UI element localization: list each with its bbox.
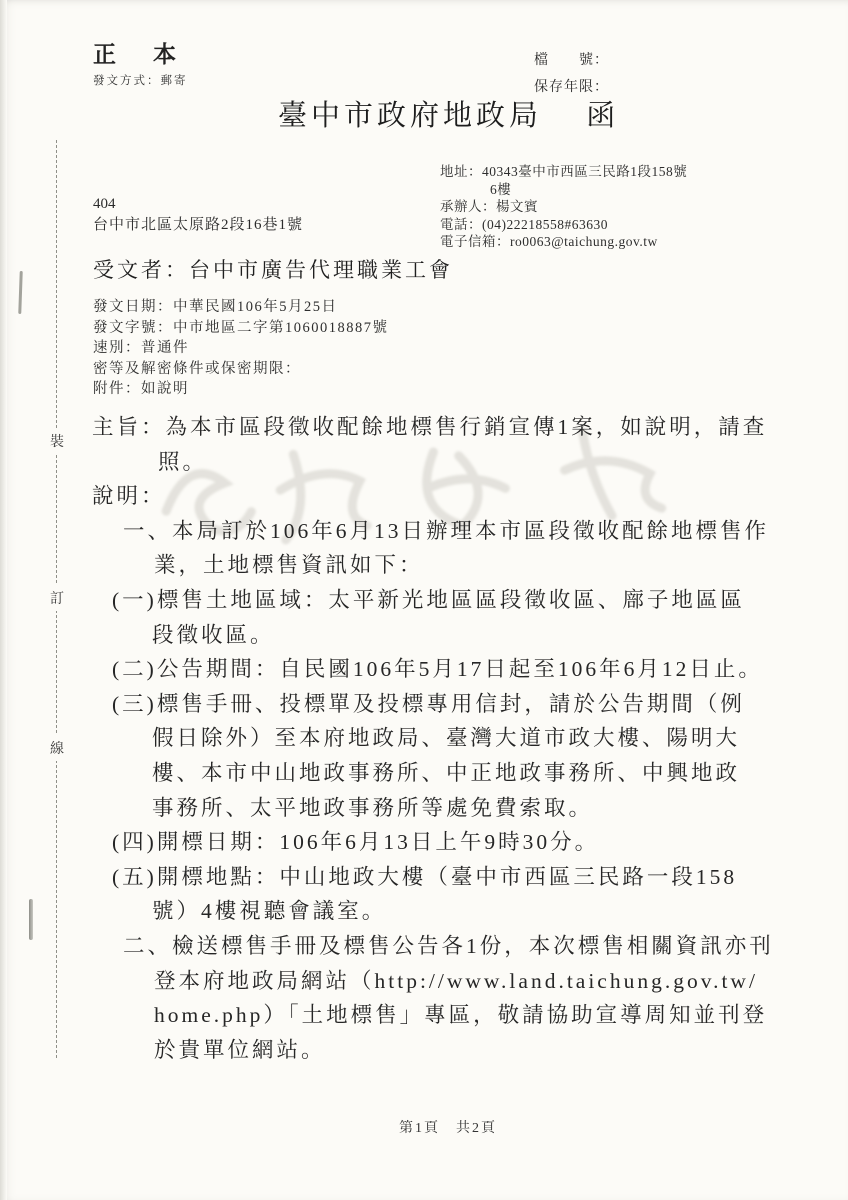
subitem1-line-cont: 段徵收區。 (92, 618, 817, 653)
binding-margin-line: 裝 訂 線 (56, 140, 57, 1058)
binding-mark-xian: 線 (48, 735, 66, 761)
sender-address-line1: 地址：40343臺中市西區三民路1段158號 (440, 163, 687, 181)
copy-type-label: 正 本 (93, 36, 183, 69)
delivery-method-label: 發文方式：郵寄 (93, 72, 188, 88)
recipient-zip: 404 (93, 196, 116, 213)
item2-line: 二、檢送標售手冊及標售公告各1份，本次標售相關資訊亦刊 (92, 929, 817, 964)
binding-mark-zhuang: 裝 (48, 428, 66, 454)
sender-address-line2: 6樓 (440, 181, 687, 199)
subitem3-line-cont3: 事務所、太平地政事務所等處免費索取。 (92, 791, 817, 826)
security-class: 密等及解密條件或保密期限： (93, 359, 389, 380)
speed-class: 速別：普通件 (93, 338, 389, 359)
scanned-document-page: 正 本 發文方式：郵寄 檔 號： 保存年限： 臺中市政府地政局 函 地址：403… (0, 0, 848, 1200)
sender-email: 電子信箱：ro0063@taichung.gov.tw (440, 233, 687, 251)
subitem3-line-cont1: 假日除外）至本府地政局、臺灣大道市政大樓、陽明大 (92, 721, 817, 756)
document-meta-block: 發文日期：中華民國106年5月25日 發文字號：中市地區二字第106001888… (93, 297, 389, 400)
subitem5-line-cont: 號）4樓視聽會議室。 (92, 894, 817, 929)
recipient-line: 受文者：台中市廣告代理職業工會 (93, 254, 453, 284)
subitem3-line: (三)標售手冊、投標單及投標專用信封，請於公告期間（例 (92, 687, 817, 722)
subitem3-line-cont2: 樓、本市中山地政事務所、中正地政事務所、中興地政 (92, 756, 817, 791)
explanation-label: 說明： (92, 479, 817, 514)
scan-artifact-mark (18, 271, 22, 314)
document-number: 發文字號：中市地區二字第1060018887號 (93, 318, 389, 339)
file-number-label: 檔 號： (534, 49, 609, 69)
item1-line-cont: 業，土地標售資訊如下： (92, 548, 817, 583)
sender-contact-person: 承辦人：楊文賓 (440, 198, 687, 216)
item2-line-cont3: 於貴單位網站。 (92, 1033, 817, 1068)
item2-line-cont2: home.php）「土地標售」專區，敬請協助宣導周知並刊登 (92, 998, 817, 1033)
document-body: 主旨：為本市區段徵收配餘地標售行銷宣傳1案，如說明，請查 照。 說明： 一、本局… (92, 410, 817, 1067)
sender-phone: 電話：(04)22218558#63630 (440, 216, 687, 234)
page-number-footer: 第1頁 共2頁 (24, 1117, 848, 1137)
document-title: 臺中市政府地政局 函 (278, 93, 619, 134)
item2-line-cont1: 登本府地政局網站（http://www.land.taichung.gov.tw… (92, 964, 817, 999)
subitem1-line: (一)標售土地區域：太平新光地區區段徵收區、廍子地區區 (92, 583, 817, 618)
issue-date: 發文日期：中華民國106年5月25日 (93, 297, 389, 318)
attachment-note: 附件：如說明 (93, 379, 389, 400)
scan-artifact-mark (29, 899, 33, 940)
item1-line: 一、本局訂於106年6月13日辦理本市區段徵收配餘地標售作 (92, 514, 817, 549)
subitem2-line: (二)公告期間：自民國106年5月17日起至106年6月12日止。 (92, 652, 817, 687)
subitem5-line: (五)開標地點：中山地政大樓（臺中市西區三民路一段158 (92, 860, 817, 895)
recipient-address: 台中市北區太原路2段16巷1號 (93, 213, 303, 234)
binding-mark-ding: 訂 (48, 585, 66, 611)
scan-edge-shading (0, 0, 7, 1200)
subitem4-line: (四)開標日期：106年6月13日上午9時30分。 (92, 825, 817, 860)
subject-line-cont: 照。 (92, 445, 817, 480)
sender-contact-block: 地址：40343臺中市西區三民路1段158號 6樓 承辦人：楊文賓 電話：(04… (440, 163, 687, 251)
subject-line: 主旨：為本市區段徵收配餘地標售行銷宣傳1案，如說明，請查 (92, 410, 817, 445)
